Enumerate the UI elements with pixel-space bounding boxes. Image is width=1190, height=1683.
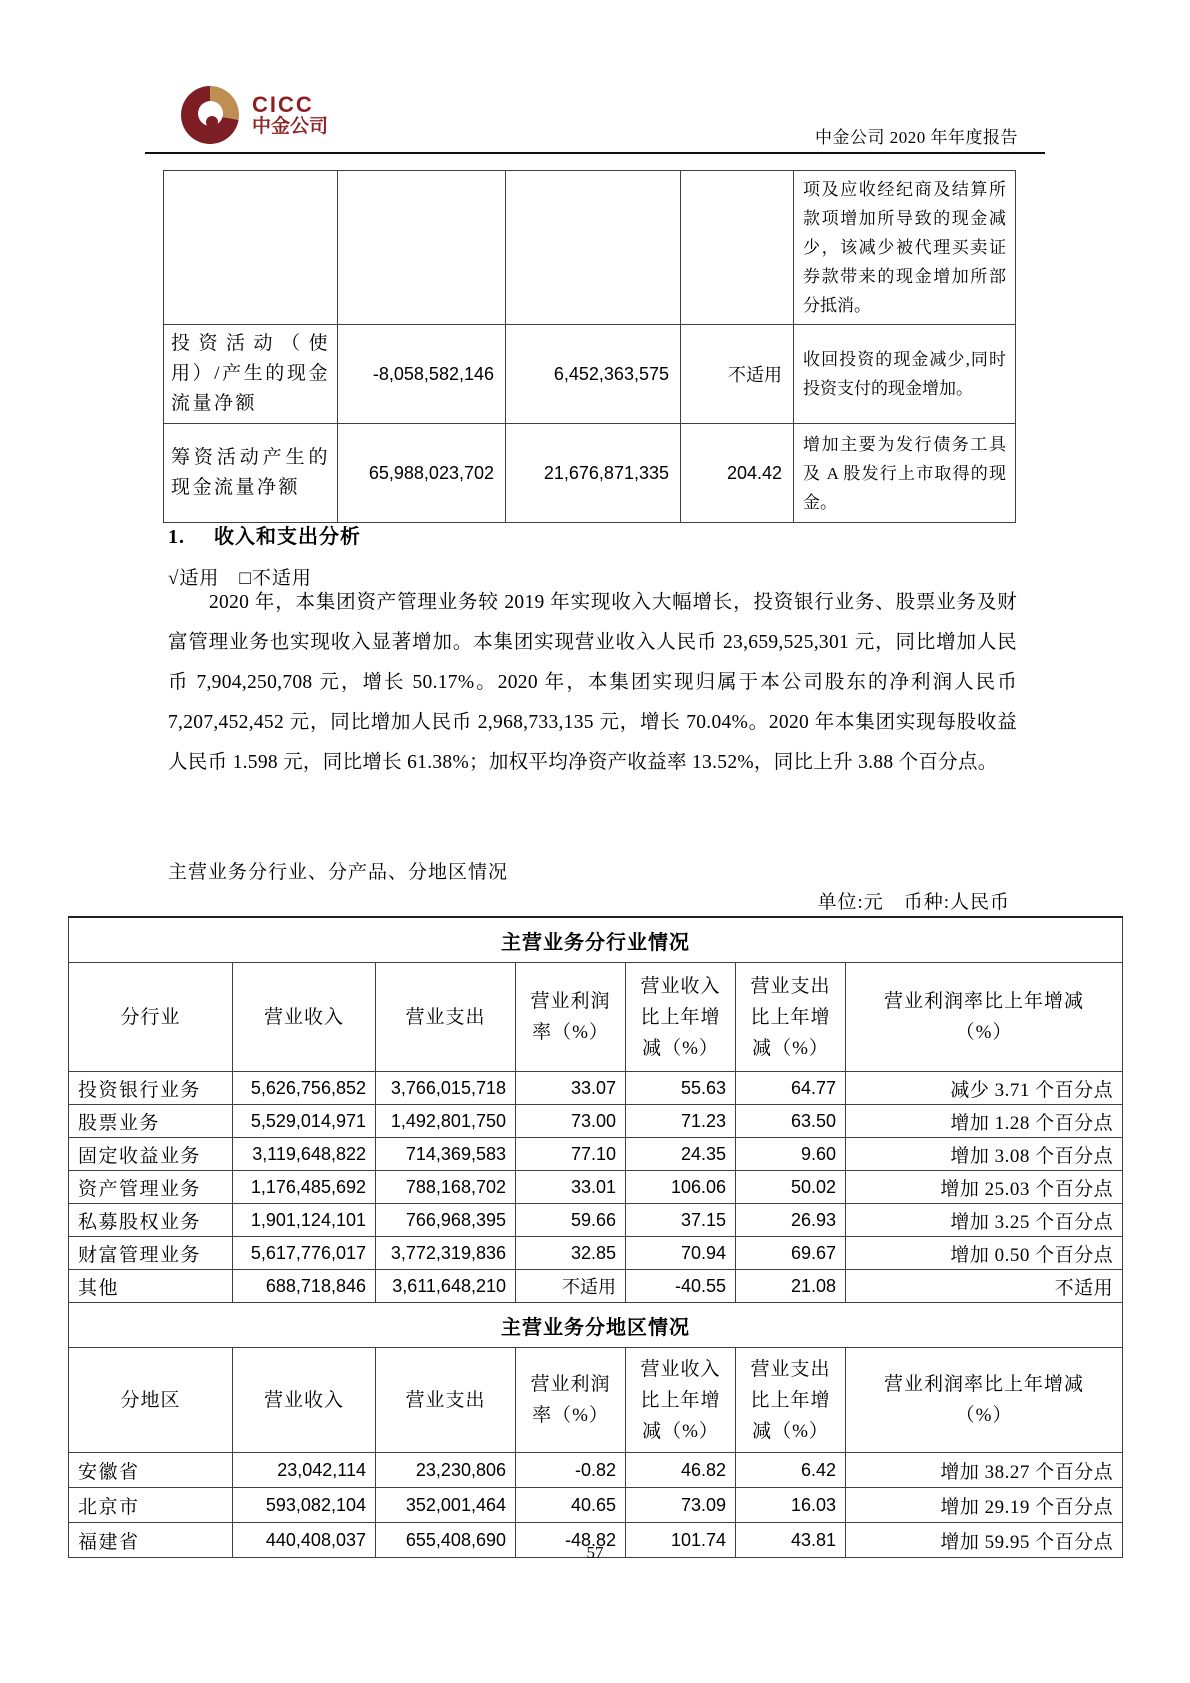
logo-chinese-label: 中金公司	[252, 116, 328, 138]
column-header: 分地区	[69, 1348, 233, 1453]
table-header-row: 分行业 营业收入 营业支出 营业利润 率（%） 营业收入 比上年增 减（%） 营…	[69, 963, 1123, 1072]
main-business-table: 主营业务分行业情况 分行业 营业收入 营业支出 营业利润 率（%） 营业收入 比…	[68, 916, 1123, 1558]
margin-change-cell: 增加 3.25 个百分点	[846, 1204, 1123, 1237]
margin-cell: 32.85	[516, 1237, 626, 1270]
column-header: 营业支出	[376, 963, 516, 1072]
cicc-logo-icon	[181, 86, 239, 144]
industry-section-title: 主营业务分行业情况	[69, 917, 1123, 963]
row-label-cell: 筹资活动产生的现金流量净额	[164, 424, 338, 523]
margin-cell: 不适用	[516, 1270, 626, 1303]
value-cell	[506, 171, 681, 325]
table-row: 财富管理业务 5,617,776,017 3,772,319,836 32.85…	[69, 1237, 1123, 1270]
revenue-cell: 1,176,485,692	[233, 1171, 376, 1204]
table-row: 资产管理业务 1,176,485,692 788,168,702 33.01 1…	[69, 1171, 1123, 1204]
revenue-cell: 1,901,124,101	[233, 1204, 376, 1237]
revenue-cell: 3,119,648,822	[233, 1138, 376, 1171]
margin-change-cell: 不适用	[846, 1270, 1123, 1303]
value-cell: 不适用	[681, 325, 794, 424]
value-cell	[681, 171, 794, 325]
revenue-change-cell: 106.06	[626, 1171, 736, 1204]
value-cell	[338, 171, 506, 325]
report-page: CICC 中金公司 中金公司 2020 年年度报告 项及应收经纪商及结算所款项增…	[0, 0, 1190, 1683]
expense-change-cell: 6.42	[736, 1453, 846, 1488]
margin-change-cell: 增加 0.50 个百分点	[846, 1237, 1123, 1270]
revenue-cell: 5,529,014,971	[233, 1105, 376, 1138]
section-number: 1.	[168, 526, 214, 549]
margin-cell: 73.00	[516, 1105, 626, 1138]
column-header: 营业支出 比上年增 减（%）	[736, 1348, 846, 1453]
margin-change-cell: 增加 25.03 个百分点	[846, 1171, 1123, 1204]
revenue-cell: 5,626,756,852	[233, 1072, 376, 1105]
expense-cell: 766,968,395	[376, 1204, 516, 1237]
revenue-change-cell: 24.35	[626, 1138, 736, 1171]
revenue-cell: 688,718,846	[233, 1270, 376, 1303]
table-header-row: 分地区 营业收入 营业支出 营业利润 率（%） 营业收入 比上年增 减（%） 营…	[69, 1348, 1123, 1453]
expense-change-cell: 9.60	[736, 1138, 846, 1171]
margin-change-cell: 增加 38.27 个百分点	[846, 1453, 1123, 1488]
header-rule	[145, 152, 1045, 154]
column-header: 营业利润 率（%）	[516, 1348, 626, 1453]
revenue-change-cell: 71.23	[626, 1105, 736, 1138]
expense-change-cell: 50.02	[736, 1171, 846, 1204]
table-row: 投资银行业务 5,626,756,852 3,766,015,718 33.07…	[69, 1072, 1123, 1105]
table-row: 私募股权业务 1,901,124,101 766,968,395 59.66 3…	[69, 1204, 1123, 1237]
margin-change-cell: 增加 29.19 个百分点	[846, 1488, 1123, 1523]
table-row: 其他 688,718,846 3,611,648,210 不适用 -40.55 …	[69, 1270, 1123, 1303]
industry-name-cell: 私募股权业务	[69, 1204, 233, 1237]
note-cell: 增加主要为发行债务工具及 A 股发行上市取得的现金。	[794, 424, 1016, 523]
table-row: 北京市 593,082,104 352,001,464 40.65 73.09 …	[69, 1488, 1123, 1523]
region-name-cell: 北京市	[69, 1488, 233, 1523]
business-caption: 主营业务分行业、分产品、分地区情况	[168, 857, 508, 884]
expense-cell: 714,369,583	[376, 1138, 516, 1171]
value-cell: 6,452,363,575	[506, 325, 681, 424]
note-cell: 收回投资的现金减少,同时投资支付的现金增加。	[794, 325, 1016, 424]
report-title: 中金公司 2020 年年度报告	[815, 123, 1018, 148]
margin-cell: 40.65	[516, 1488, 626, 1523]
cash-flow-table: 项及应收经纪商及结算所款项增加所导致的现金减少，该减少被代理买卖证券款带来的现金…	[163, 170, 1016, 523]
table-row: 投资活动（使用）/产生的现金流量净额 -8,058,582,146 6,452,…	[164, 325, 1016, 424]
revenue-change-cell: 37.15	[626, 1204, 736, 1237]
row-label-cell	[164, 171, 338, 325]
row-label-cell: 投资活动（使用）/产生的现金流量净额	[164, 325, 338, 424]
section-heading: 1.收入和支出分析	[168, 520, 361, 549]
value-cell: -8,058,582,146	[338, 325, 506, 424]
logo-cicc-label: CICC	[252, 93, 328, 116]
expense-change-cell: 16.03	[736, 1488, 846, 1523]
table-row: 项及应收经纪商及结算所款项增加所导致的现金减少，该减少被代理买卖证券款带来的现金…	[164, 171, 1016, 325]
industry-name-cell: 其他	[69, 1270, 233, 1303]
revenue-change-cell: 55.63	[626, 1072, 736, 1105]
column-header: 营业收入	[233, 1348, 376, 1453]
expense-cell: 352,001,464	[376, 1488, 516, 1523]
table-row: 股票业务 5,529,014,971 1,492,801,750 73.00 7…	[69, 1105, 1123, 1138]
revenue-cell: 593,082,104	[233, 1488, 376, 1523]
value-cell: 21,676,871,335	[506, 424, 681, 523]
cicc-logo: CICC 中金公司	[181, 86, 328, 144]
cicc-logo-text: CICC 中金公司	[252, 93, 328, 138]
note-cell: 项及应收经纪商及结算所款项增加所导致的现金减少，该减少被代理买卖证券款带来的现金…	[794, 171, 1016, 325]
table-row: 主营业务分行业情况	[69, 917, 1123, 963]
table-row: 筹资活动产生的现金流量净额 65,988,023,702 21,676,871,…	[164, 424, 1016, 523]
expense-change-cell: 26.93	[736, 1204, 846, 1237]
margin-cell: 77.10	[516, 1138, 626, 1171]
expense-cell: 23,230,806	[376, 1453, 516, 1488]
expense-change-cell: 69.67	[736, 1237, 846, 1270]
expense-cell: 788,168,702	[376, 1171, 516, 1204]
expense-cell: 3,766,015,718	[376, 1072, 516, 1105]
revenue-cell: 23,042,114	[233, 1453, 376, 1488]
margin-change-cell: 减少 3.71 个百分点	[846, 1072, 1123, 1105]
expense-cell: 3,772,319,836	[376, 1237, 516, 1270]
industry-name-cell: 资产管理业务	[69, 1171, 233, 1204]
column-header: 营业利润 率（%）	[516, 963, 626, 1072]
revenue-change-cell: 73.09	[626, 1488, 736, 1523]
industry-name-cell: 固定收益业务	[69, 1138, 233, 1171]
industry-name-cell: 投资银行业务	[69, 1072, 233, 1105]
column-header: 营业利润率比上年增减 （%）	[846, 1348, 1123, 1453]
analysis-paragraph: 2020 年，本集团资产管理业务较 2019 年实现收入大幅增长，投资银行业务、…	[168, 583, 1017, 783]
table-row: 安徽省 23,042,114 23,230,806 -0.82 46.82 6.…	[69, 1453, 1123, 1488]
column-header: 分行业	[69, 963, 233, 1072]
column-header: 营业支出	[376, 1348, 516, 1453]
expense-cell: 3,611,648,210	[376, 1270, 516, 1303]
expense-cell: 1,492,801,750	[376, 1105, 516, 1138]
expense-change-cell: 63.50	[736, 1105, 846, 1138]
revenue-cell: 5,617,776,017	[233, 1237, 376, 1270]
region-name-cell: 安徽省	[69, 1453, 233, 1488]
column-header: 营业利润率比上年增减 （%）	[846, 963, 1123, 1072]
margin-cell: 33.07	[516, 1072, 626, 1105]
revenue-change-cell: 70.94	[626, 1237, 736, 1270]
table-row: 固定收益业务 3,119,648,822 714,369,583 77.10 2…	[69, 1138, 1123, 1171]
margin-cell: 59.66	[516, 1204, 626, 1237]
expense-change-cell: 21.08	[736, 1270, 846, 1303]
value-cell: 65,988,023,702	[338, 424, 506, 523]
margin-change-cell: 增加 1.28 个百分点	[846, 1105, 1123, 1138]
page-number: 57	[0, 1543, 1190, 1563]
value-cell: 204.42	[681, 424, 794, 523]
industry-name-cell: 财富管理业务	[69, 1237, 233, 1270]
revenue-change-cell: -40.55	[626, 1270, 736, 1303]
expense-change-cell: 64.77	[736, 1072, 846, 1105]
column-header: 营业收入 比上年增 减（%）	[626, 963, 736, 1072]
column-header: 营业收入 比上年增 减（%）	[626, 1348, 736, 1453]
revenue-change-cell: 46.82	[626, 1453, 736, 1488]
margin-change-cell: 增加 3.08 个百分点	[846, 1138, 1123, 1171]
table-row: 主营业务分地区情况	[69, 1303, 1123, 1348]
column-header: 营业收入	[233, 963, 376, 1072]
margin-cell: 33.01	[516, 1171, 626, 1204]
industry-name-cell: 股票业务	[69, 1105, 233, 1138]
region-section-title: 主营业务分地区情况	[69, 1303, 1123, 1348]
column-header: 营业支出 比上年增 减（%）	[736, 963, 846, 1072]
unit-currency-note: 单位:元 币种:人民币	[817, 887, 1010, 914]
section-title: 收入和支出分析	[214, 526, 361, 548]
margin-cell: -0.82	[516, 1453, 626, 1488]
